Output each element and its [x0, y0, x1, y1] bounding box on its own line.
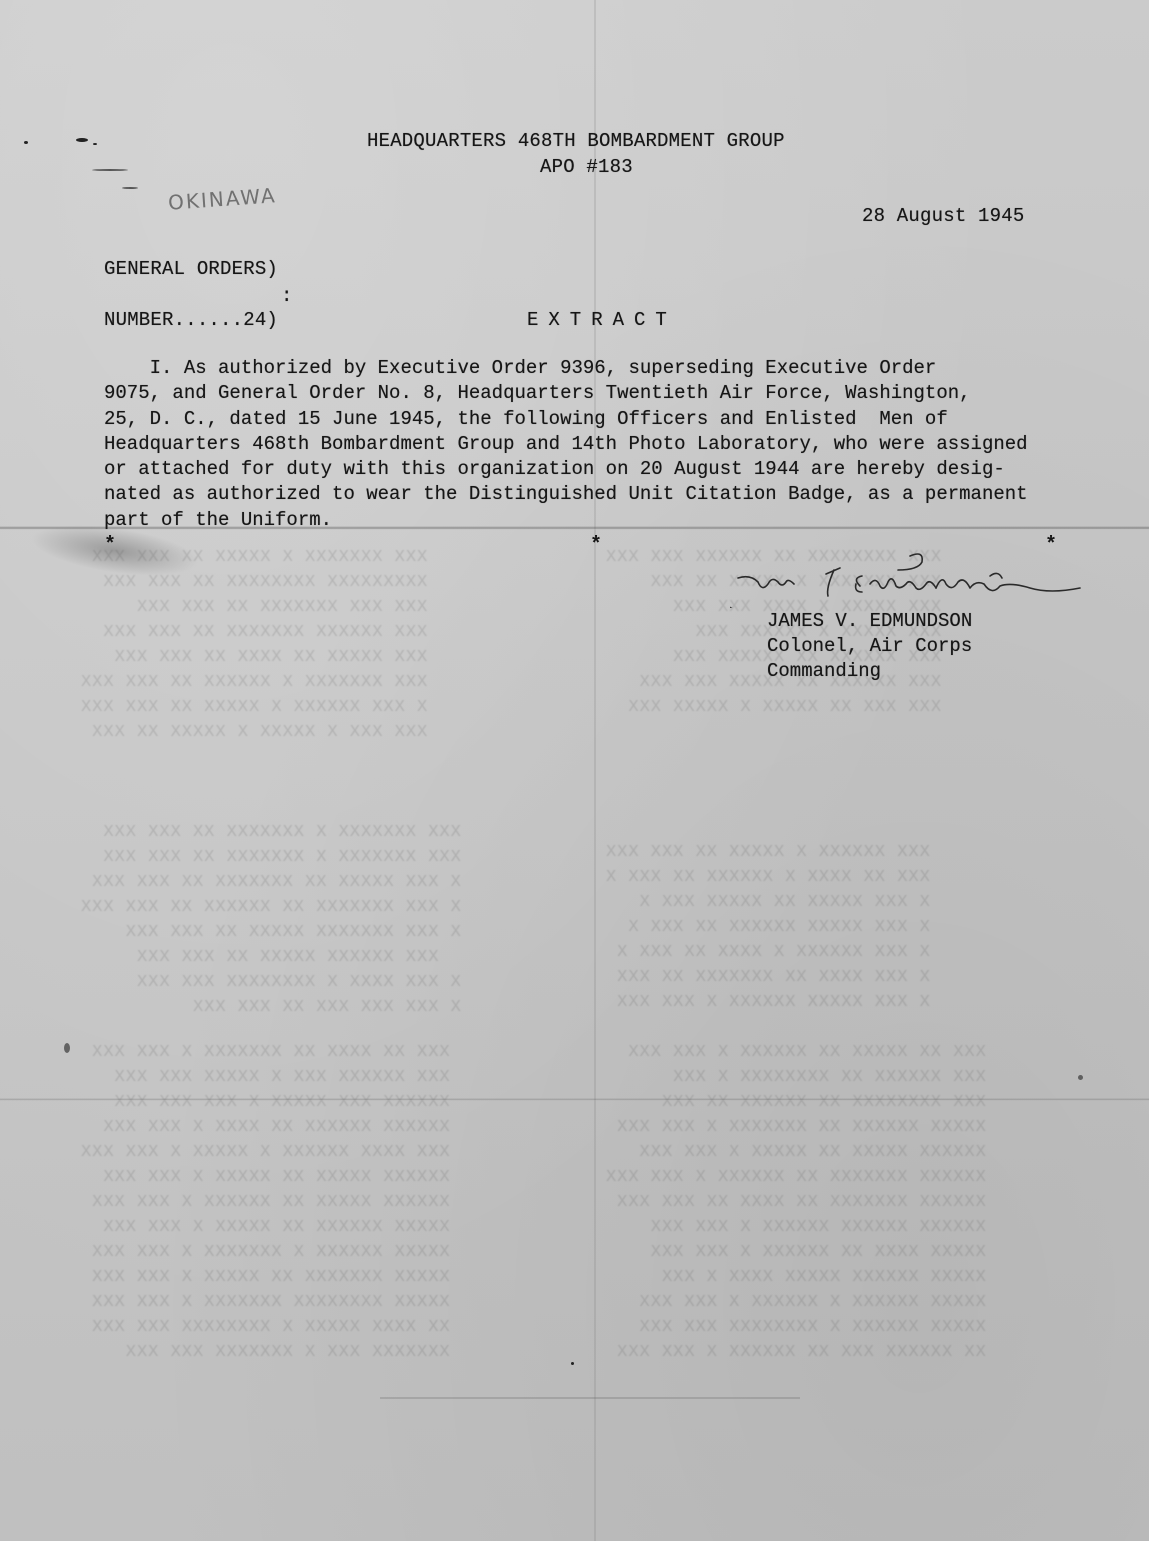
general-orders-colon: :	[281, 284, 293, 309]
bleed-through-text: XXX XX XXXXX XX XXXXXX X XXX XXX XXX XXX…	[605, 1040, 986, 1365]
body-line: 25, D. C., dated 15 June 1945, the follo…	[104, 407, 1114, 432]
general-orders-number: NUMBER......24)	[104, 308, 278, 333]
bleed-through-text: XXX XXXXXXX X XXXXXXX XX XXX XXX XXX XXX…	[80, 820, 461, 1020]
fold-line	[0, 1098, 1149, 1101]
body-line: 9075, and General Order No. 8, Headquart…	[104, 381, 1114, 406]
signer-role: Commanding	[767, 659, 972, 684]
order-body: I. As authorized by Executive Order 9396…	[104, 356, 1114, 533]
separator-asterisk: *	[590, 534, 602, 557]
bleed-through-text: XXX XX XXXX XX XXXXXXX X XXX XXX XXX XXX…	[80, 1040, 450, 1365]
signer-rank: Colonel, Air Corps	[767, 634, 972, 659]
separator-asterisk: *	[104, 534, 116, 557]
vertical-fold-line	[594, 0, 596, 1541]
body-line: or attached for duty with this organizat…	[104, 457, 1114, 482]
body-line: part of the Uniform.	[104, 508, 1114, 533]
handwritten-signature	[730, 548, 1100, 608]
apo-number: APO #183	[540, 155, 633, 180]
general-orders-label: GENERAL ORDERS)	[104, 257, 278, 282]
body-line: nated as authorized to wear the Distingu…	[104, 482, 1114, 507]
bleed-through-text: XXX XXXXXX X XXXXX XX XXX XXX XXX XX XXX…	[605, 840, 930, 1015]
signer-name: JAMES V. EDMUNDSON	[767, 609, 972, 634]
document-date: 28 August 1945	[862, 204, 1024, 229]
body-line: I. As authorized by Executive Order 9396…	[104, 356, 1114, 381]
unit-header: HEADQUARTERS 468TH BOMBARDMENT GROUP	[367, 129, 785, 154]
document-title: EXTRACT	[527, 308, 677, 333]
signature-block: JAMES V. EDMUNDSON Colonel, Air Corps Co…	[767, 609, 972, 684]
body-line: Headquarters 468th Bombardment Group and…	[104, 432, 1114, 457]
bleed-through-rule	[380, 1397, 800, 1399]
